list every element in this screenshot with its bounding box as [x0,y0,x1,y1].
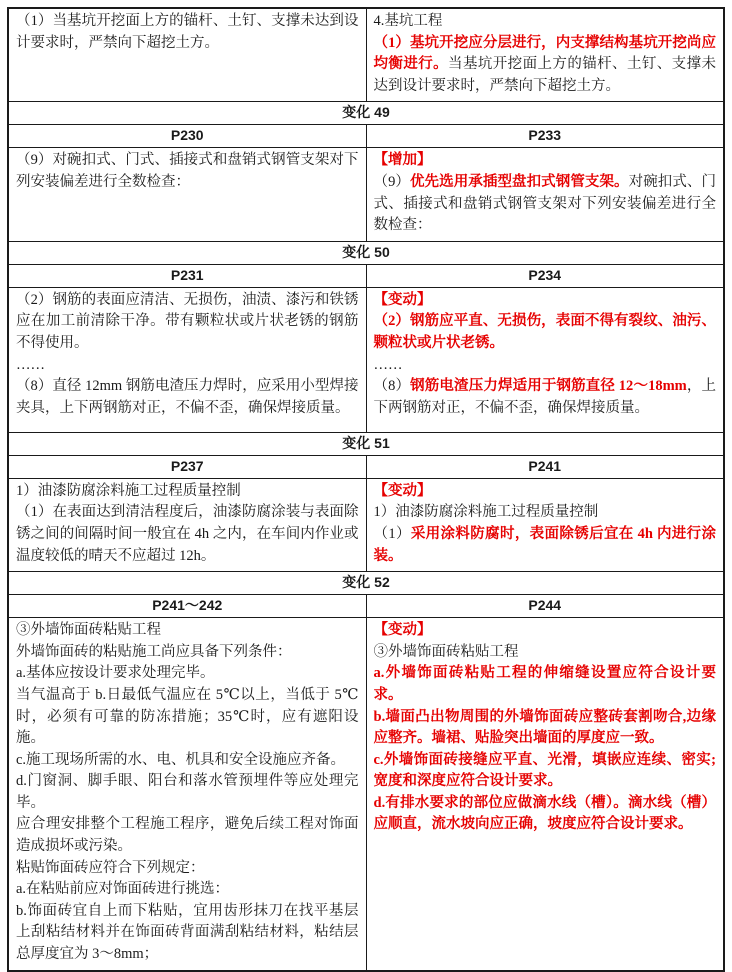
page-header-row: P230 P233 [8,125,724,148]
change-header-row: 变化 50 [8,241,724,264]
paragraph: 4.基坑工程 [374,11,717,33]
old-page-label: P237 [8,455,366,478]
paragraph: c.施工现场所需的水、电、机具和安全设施应齐备。 [16,750,359,772]
comparison-table: （1）当基坑开挖面上方的锚杆、土钉、支撑未达到设计要求时，严禁向下超挖土方。 4… [7,7,725,972]
paragraph: 粘贴饰面砖应符合下列规定： [16,858,359,880]
page-header-row: P241～242 P244 [8,595,724,618]
paragraph: 【变动】 [374,620,717,642]
new-content-cell: 【变动】（2）钢筋应平直、无损伤，表面不得有裂纹、油污、颗粒状或片状老锈。……（… [366,287,724,432]
new-content-cell: 【增加】（9）优先选用承插型盘扣式钢管支架。对碗扣式、门式、插接式和盘销式钢管支… [366,148,724,241]
old-content-cell: （2）钢筋的表面应清洁、无损伤，油渍、漆污和铁锈应在加工前清除干净。带有颗粒状或… [8,287,366,432]
old-page-label: P241～242 [8,595,366,618]
old-content-cell: 1）油漆防腐涂料施工过程质量控制（1）在表面达到清洁程度后，油漆防腐涂装与表面除… [8,478,366,571]
new-content-cell: 【变动】1）油漆防腐涂料施工过程质量控制（1）采用涂料防腐时，表面除锈后宜在 4… [366,478,724,571]
paragraph: （1）基坑开挖应分层进行，内支撑结构基坑开挖尚应均衡进行。当基坑开挖面上方的锚杆… [374,33,717,98]
change-header-row: 变化 51 [8,432,724,455]
paragraph: d.有排水要求的部位应做滴水线（槽）。滴水线（槽）应顺直，流水坡向应正确，坡度应… [374,793,717,836]
old-page-label: P230 [8,125,366,148]
document-page: （1）当基坑开挖面上方的锚杆、土钉、支撑未达到设计要求时，严禁向下超挖土方。 4… [0,0,732,972]
paragraph: （2）钢筋的表面应清洁、无损伤，油渍、漆污和铁锈应在加工前清除干净。带有颗粒状或… [16,290,359,355]
change-label: 变化 49 [8,102,724,125]
old-content-cell: ③外墙饰面砖粘贴工程外墙饰面砖的粘贴施工尚应具备下列条件：a.基体应按设计要求处… [8,618,366,971]
new-page-label: P241 [366,455,724,478]
new-page-label: P234 [366,264,724,287]
old-content-cell: （9）对碗扣式、门式、插接式和盘销式钢管支架对下列安装偏差进行全数检查： [8,148,366,241]
paragraph: 【增加】 [374,150,717,172]
paragraph: 外墙饰面砖的粘贴施工尚应具备下列条件： [16,642,359,664]
change-header-row: 变化 49 [8,102,724,125]
new-page-label: P233 [366,125,724,148]
paragraph: …… [16,355,359,377]
page-header-row: P237 P241 [8,455,724,478]
paragraph: b.饰面砖宜自上而下粘贴，宜用齿形抹刀在找平基层上刮粘结材料并在饰面砖背面满刮粘… [16,901,359,966]
paragraph: （1）采用涂料防腐时，表面除锈后宜在 4h 内进行涂装。 [374,524,717,567]
change-label: 变化 52 [8,572,724,595]
paragraph: （9）优先选用承插型盘扣式钢管支架。对碗扣式、门式、插接式和盘销式钢管支架对下列… [374,172,717,237]
paragraph: 1）油漆防腐涂料施工过程质量控制 [374,502,717,524]
new-page-label: P244 [366,595,724,618]
table-row-change49: （9）对碗扣式、门式、插接式和盘销式钢管支架对下列安装偏差进行全数检查： 【增加… [8,148,724,241]
paragraph: ③外墙饰面砖粘贴工程 [16,620,359,642]
old-page-label: P231 [8,264,366,287]
paragraph: b.墙面凸出物周围的外墙饰面砖应整砖套割吻合,边缘应整齐。墙裙、贴脸突出墙面的厚… [374,707,717,750]
paragraph: a.外墙饰面砖粘贴工程的伸缩缝设置应符合设计要求。 [374,663,717,706]
paragraph: c.外墙饰面砖接缝应平直、光滑，填嵌应连续、密实;宽度和深度应符合设计要求。 [374,750,717,793]
paragraph: （1）当基坑开挖面上方的锚杆、土钉、支撑未达到设计要求时，严禁向下超挖土方。 [16,11,359,54]
page-header-row: P231 P234 [8,264,724,287]
old-content-cell: （1）当基坑开挖面上方的锚杆、土钉、支撑未达到设计要求时，严禁向下超挖土方。 [8,8,366,102]
paragraph: …… [374,355,717,377]
paragraph: （8）直径 12mm 钢筋电渣压力焊时，应采用小型焊接夹具，上下两钢筋对正，不偏… [16,376,359,419]
paragraph: （2）钢筋应平直、无损伤，表面不得有裂纹、油污、颗粒状或片状老锈。 [374,311,717,354]
paragraph: （9）对碗扣式、门式、插接式和盘销式钢管支架对下列安装偏差进行全数检查： [16,150,359,193]
paragraph: 【变动】 [374,290,717,312]
paragraph: d.门窗洞、脚手眼、阳台和落水管预埋件等应处理完毕。 [16,771,359,814]
change-header-row: 变化 52 [8,572,724,595]
change-label: 变化 50 [8,241,724,264]
paragraph: 1）油漆防腐涂料施工过程质量控制 [16,481,359,503]
change-label: 变化 51 [8,432,724,455]
paragraph: a.在粘贴前应对饰面砖进行挑选： [16,879,359,901]
paragraph: a.基体应按设计要求处理完毕。 [16,663,359,685]
paragraph: ③外墙饰面砖粘贴工程 [374,642,717,664]
table-row-change51: 1）油漆防腐涂料施工过程质量控制（1）在表面达到清洁程度后，油漆防腐涂装与表面除… [8,478,724,571]
paragraph: 【变动】 [374,481,717,503]
new-content-cell: 4.基坑工程（1）基坑开挖应分层进行，内支撑结构基坑开挖尚应均衡进行。当基坑开挖… [366,8,724,102]
paragraph: 当气温高于 b.日最低气温应在 5℃以上，当低于 5℃时，必须有可靠的防冻措施；… [16,685,359,750]
table-row-change50: （2）钢筋的表面应清洁、无损伤，油渍、漆污和铁锈应在加工前清除干净。带有颗粒状或… [8,287,724,432]
paragraph: （1）在表面达到清洁程度后，油漆防腐涂装与表面除锈之间的间隔时间一般宜在 4h … [16,502,359,567]
paragraph: （8）钢筋电渣压力焊适用于钢筋直径 12～18mm，上下两钢筋对正，不偏不歪，确… [374,376,717,419]
table-row-change52: ③外墙饰面砖粘贴工程外墙饰面砖的粘贴施工尚应具备下列条件：a.基体应按设计要求处… [8,618,724,971]
new-content-cell: 【变动】③外墙饰面砖粘贴工程a.外墙饰面砖粘贴工程的伸缩缝设置应符合设计要求。b… [366,618,724,971]
paragraph: 应合理安排整个工程施工程序，避免后续工程对饰面造成损坏或污染。 [16,814,359,857]
table-row-intro: （1）当基坑开挖面上方的锚杆、土钉、支撑未达到设计要求时，严禁向下超挖土方。 4… [8,8,724,102]
